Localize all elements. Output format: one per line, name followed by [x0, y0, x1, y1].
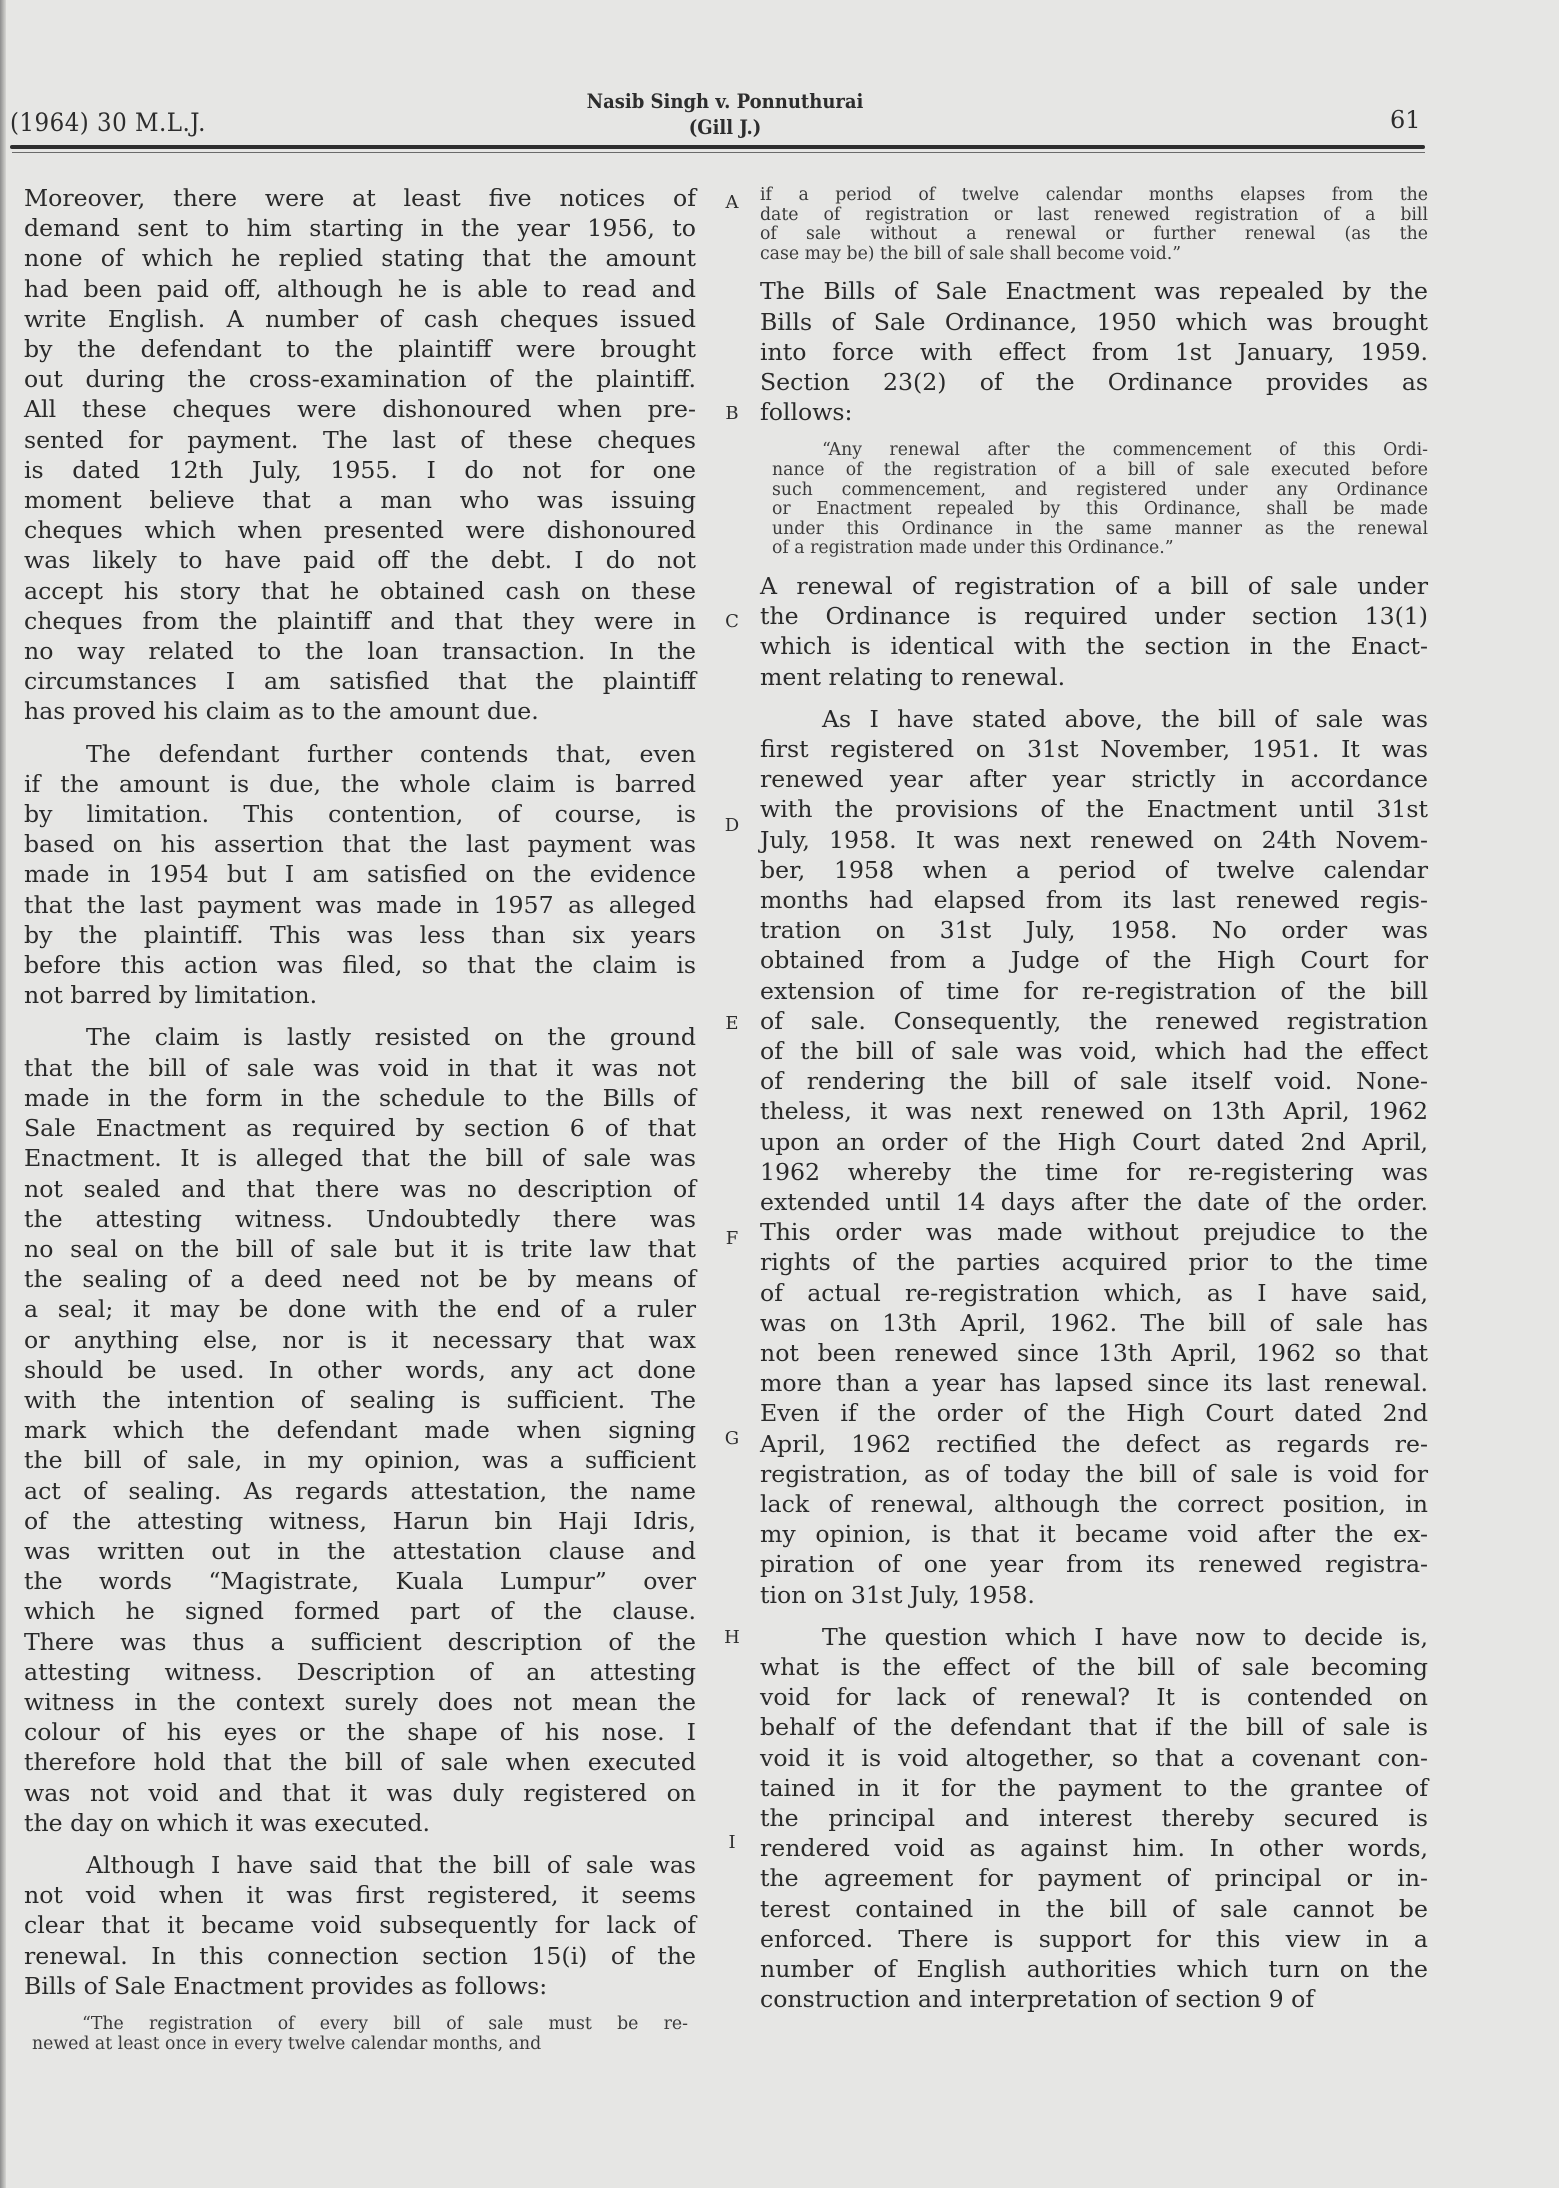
text-line: behalf of the defendant that if the bill…: [760, 1712, 1428, 1742]
page-number: 61: [1390, 106, 1421, 134]
text-line: if the amount is due, the whole claim is…: [24, 769, 696, 799]
text-line: before this action was filed, so that th…: [24, 950, 696, 980]
text-line: by limitation. This contention, of cours…: [24, 799, 696, 829]
text-line: This order was made without prejudice to…: [760, 1217, 1428, 1247]
margin-letter: B: [722, 403, 742, 424]
paragraph: Moreover, there were at least five notic…: [24, 183, 696, 727]
text-line: into force with effect from 1st January,…: [760, 337, 1428, 367]
text-line: sented for payment. The last of these ch…: [24, 425, 696, 455]
text-line: The question which I have now to decide …: [760, 1622, 1428, 1652]
text-line: circumstances I am satisfied that the pl…: [24, 666, 696, 696]
running-head: Nasib Singh v. Ponnuthurai (Gill J.): [523, 88, 928, 140]
text-line: rendered void as against him. In other w…: [760, 1833, 1428, 1863]
text-line: April, 1962 rectified the defect as rega…: [760, 1429, 1428, 1459]
margin-letter: C: [722, 611, 742, 632]
block-quote: if a period of twelve calendar months el…: [760, 186, 1428, 264]
text-line: A renewal of registration of a bill of s…: [760, 571, 1428, 601]
text-line: of actual re-registration which, as I ha…: [760, 1278, 1428, 1308]
text-line: Bills of Sale Ordinance, 1950 which was …: [760, 307, 1428, 337]
text-line: such commencement, and registered under …: [772, 481, 1428, 501]
paragraph: The question which I have now to decide …: [760, 1622, 1428, 2015]
text-line: accept his story that he obtained cash o…: [24, 576, 696, 606]
text-line: extension of time for re-registration of…: [760, 976, 1428, 1006]
margin-letter: E: [722, 1013, 742, 1034]
text-line: a seal; it may be done with the end of a…: [24, 1294, 696, 1324]
text-line: The Bills of Sale Enactment was repealed…: [760, 276, 1428, 306]
text-line: months had elapsed from its last renewed…: [760, 885, 1428, 915]
text-line: mark which the defendant made when signi…: [24, 1415, 696, 1445]
text-line: Sale Enactment as required by section 6 …: [24, 1113, 696, 1143]
text-line: has proved his claim as to the amount du…: [24, 696, 696, 726]
text-line: the Ordinance is required under section …: [760, 601, 1428, 631]
text-line: not void when it was first registered, i…: [24, 1880, 696, 1910]
text-line: Enactment. It is alleged that the bill o…: [24, 1143, 696, 1173]
text-line: ber, 1958 when a period of twelve calend…: [760, 855, 1428, 885]
text-line: of the bill of sale was void, which had …: [760, 1036, 1428, 1066]
text-line: 1962 whereby the time for re-registering…: [760, 1157, 1428, 1187]
text-line: July, 1958. It was next renewed on 24th …: [760, 825, 1428, 855]
text-line: based on his assertion that the last pay…: [24, 829, 696, 859]
text-line: The claim is lastly resisted on the grou…: [24, 1022, 696, 1052]
text-line: the words “Magistrate, Kuala Lumpur” ove…: [24, 1566, 696, 1596]
text-line: enforced. There is support for this view…: [760, 1924, 1428, 1954]
margin-letter: I: [722, 1832, 742, 1853]
header-rule-thin: [12, 152, 1425, 153]
text-line: which he signed formed part of the claus…: [24, 1596, 696, 1626]
text-line: number of English authorities which turn…: [760, 1954, 1428, 1984]
text-line: the principal and interest thereby secur…: [760, 1803, 1428, 1833]
text-line: or anything else, nor is it necessary th…: [24, 1325, 696, 1355]
text-line: Section 23(2) of the Ordinance provides …: [760, 367, 1428, 397]
case-title: Nasib Singh v. Ponnuthurai: [523, 88, 928, 114]
text-line: of the attesting witness, Harun bin Haji…: [24, 1506, 696, 1536]
block-quote: “Any renewal after the commencement of t…: [760, 441, 1428, 559]
block-quote: “The registration of every bill of sale …: [24, 2015, 696, 2054]
text-line: act of sealing. As regards attestation, …: [24, 1476, 696, 1506]
text-line: case may be) the bill of sale shall beco…: [760, 245, 1428, 265]
text-line: under this Ordinance in the same manner …: [772, 520, 1428, 540]
text-line: made in 1954 but I am satisfied on the e…: [24, 859, 696, 889]
header-rule: [10, 145, 1425, 149]
judge-name: (Gill J.): [523, 114, 928, 140]
text-line: was not void and that it was duly regist…: [24, 1778, 696, 1808]
text-line: was on 13th April, 1962. The bill of sal…: [760, 1308, 1428, 1338]
page-edge-shadow: [0, 0, 6, 2188]
text-line: not sealed and that there was no descrip…: [24, 1174, 696, 1204]
text-line: what is the effect of the bill of sale b…: [760, 1652, 1428, 1682]
text-line: no way related to the loan transaction. …: [24, 636, 696, 666]
text-line: “The registration of every bill of sale …: [32, 2015, 688, 2035]
text-line: the agreement for payment of principal o…: [760, 1863, 1428, 1893]
text-line: that the last payment was made in 1957 a…: [24, 890, 696, 920]
text-line: renewal. In this connection section 15(i…: [24, 1941, 696, 1971]
paragraph: Although I have said that the bill of sa…: [24, 1850, 696, 2001]
text-line: “Any renewal after the commencement of t…: [772, 441, 1428, 461]
text-line: moment believe that a man who was issuin…: [24, 485, 696, 515]
text-line: ment relating to renewal.: [760, 662, 1428, 692]
paragraph: The claim is lastly resisted on the grou…: [24, 1022, 696, 1837]
left-column: Moreover, there were at least five notic…: [24, 183, 696, 2054]
text-line: of sale. Consequently, the renewed regis…: [760, 1006, 1428, 1036]
margin-letter: G: [722, 1428, 742, 1449]
right-column: if a period of twelve calendar months el…: [760, 183, 1428, 2015]
text-line: cheques which when presented were dishon…: [24, 515, 696, 545]
text-line: none of which he replied stating that th…: [24, 243, 696, 273]
text-line: tion on 31st July, 1958.: [760, 1580, 1428, 1610]
text-line: the sealing of a deed need not be by mea…: [24, 1264, 696, 1294]
text-line: with the intention of sealing is suffici…: [24, 1385, 696, 1415]
text-line: write English. A number of cash cheques …: [24, 304, 696, 334]
text-line: Even if the order of the High Court date…: [760, 1398, 1428, 1428]
text-line: newed at least once in every twelve cale…: [32, 2035, 688, 2055]
text-line: the attesting witness. Undoubtedly there…: [24, 1204, 696, 1234]
text-line: nance of the registration of a bill of s…: [772, 461, 1428, 481]
text-line: not been renewed since 13th April, 1962 …: [760, 1338, 1428, 1368]
journal-citation: (1964) 30 M.L.J.: [10, 108, 206, 137]
text-line: which is identical with the section in t…: [760, 631, 1428, 661]
text-line: void it is void altogether, so that a co…: [760, 1743, 1428, 1773]
paragraph: As I have stated above, the bill of sale…: [760, 704, 1428, 1610]
text-line: out during the cross-examination of the …: [24, 364, 696, 394]
text-line: of a registration made under this Ordina…: [772, 539, 1428, 559]
text-line: All these cheques were dishonoured when …: [24, 394, 696, 424]
margin-letter: F: [722, 1228, 742, 1249]
text-line: piration of one year from its renewed re…: [760, 1549, 1428, 1579]
text-line: lack of renewal, although the correct po…: [760, 1489, 1428, 1519]
text-line: date of registration or last renewed reg…: [760, 206, 1428, 226]
text-line: should be used. In other words, any act …: [24, 1355, 696, 1385]
text-line: renewed year after year strictly in acco…: [760, 764, 1428, 794]
text-line: colour of his eyes or the shape of his n…: [24, 1717, 696, 1747]
text-line: construction and interpretation of secti…: [760, 1984, 1428, 2014]
text-line: upon an order of the High Court dated 2n…: [760, 1127, 1428, 1157]
text-line: tration on 31st July, 1958. No order was: [760, 915, 1428, 945]
text-line: follows:: [760, 397, 1428, 427]
text-line: cheques from the plaintiff and that they…: [24, 606, 696, 636]
text-line: tained in it for the payment to the gran…: [760, 1773, 1428, 1803]
text-line: with the provisions of the Enactment unt…: [760, 794, 1428, 824]
text-line: by the plaintiff. This was less than six…: [24, 920, 696, 950]
margin-letter: A: [722, 192, 742, 213]
text-line: void for lack of renewal? It is contende…: [760, 1682, 1428, 1712]
text-line: Although I have said that the bill of sa…: [24, 1850, 696, 1880]
text-line: first registered on 31st November, 1951.…: [760, 734, 1428, 764]
text-line: Moreover, there were at least five notic…: [24, 183, 696, 213]
text-line: that the bill of sale was void in that i…: [24, 1053, 696, 1083]
text-line: is dated 12th July, 1955. I do not for o…: [24, 455, 696, 485]
text-line: obtained from a Judge of the High Court …: [760, 945, 1428, 975]
text-line: if a period of twelve calendar months el…: [760, 186, 1428, 206]
text-line: As I have stated above, the bill of sale…: [760, 704, 1428, 734]
text-line: of sale without a renewal or further ren…: [760, 225, 1428, 245]
text-line: the bill of sale, in my opinion, was a s…: [24, 1445, 696, 1475]
text-line: extended until 14 days after the date of…: [760, 1187, 1428, 1217]
paragraph: The defendant further contends that, eve…: [24, 739, 696, 1011]
text-line: There was thus a sufficient description …: [24, 1627, 696, 1657]
text-line: witness in the context surely does not m…: [24, 1687, 696, 1717]
text-line: was likely to have paid off the debt. I …: [24, 545, 696, 575]
text-line: therefore hold that the bill of sale whe…: [24, 1747, 696, 1777]
text-line: no seal on the bill of sale but it is tr…: [24, 1234, 696, 1264]
text-line: rights of the parties acquired prior to …: [760, 1247, 1428, 1277]
text-line: The defendant further contends that, eve…: [24, 739, 696, 769]
paragraph: A renewal of registration of a bill of s…: [760, 571, 1428, 692]
text-line: not barred by limitation.: [24, 980, 696, 1010]
text-line: by the defendant to the plaintiff were b…: [24, 334, 696, 364]
text-line: registration, as of today the bill of sa…: [760, 1459, 1428, 1489]
text-line: was written out in the attestation claus…: [24, 1536, 696, 1566]
text-line: my opinion, is that it became void after…: [760, 1519, 1428, 1549]
text-line: made in the form in the schedule to the …: [24, 1083, 696, 1113]
text-line: had been paid off, although he is able t…: [24, 274, 696, 304]
text-line: or Enactment repealed by this Ordinance,…: [772, 500, 1428, 520]
text-line: more than a year has lapsed since its la…: [760, 1368, 1428, 1398]
text-line: demand sent to him starting in the year …: [24, 213, 696, 243]
text-line: the day on which it was executed.: [24, 1808, 696, 1838]
text-line: of rendering the bill of sale itself voi…: [760, 1066, 1428, 1096]
text-line: attesting witness. Description of an att…: [24, 1657, 696, 1687]
text-line: theless, it was next renewed on 13th Apr…: [760, 1096, 1428, 1126]
text-line: clear that it became void subsequently f…: [24, 1910, 696, 1940]
margin-letter: H: [722, 1627, 742, 1648]
text-line: terest contained in the bill of sale can…: [760, 1894, 1428, 1924]
text-line: Bills of Sale Enactment provides as foll…: [24, 1971, 696, 2001]
margin-letter: D: [722, 815, 742, 836]
paragraph: The Bills of Sale Enactment was repealed…: [760, 276, 1428, 427]
